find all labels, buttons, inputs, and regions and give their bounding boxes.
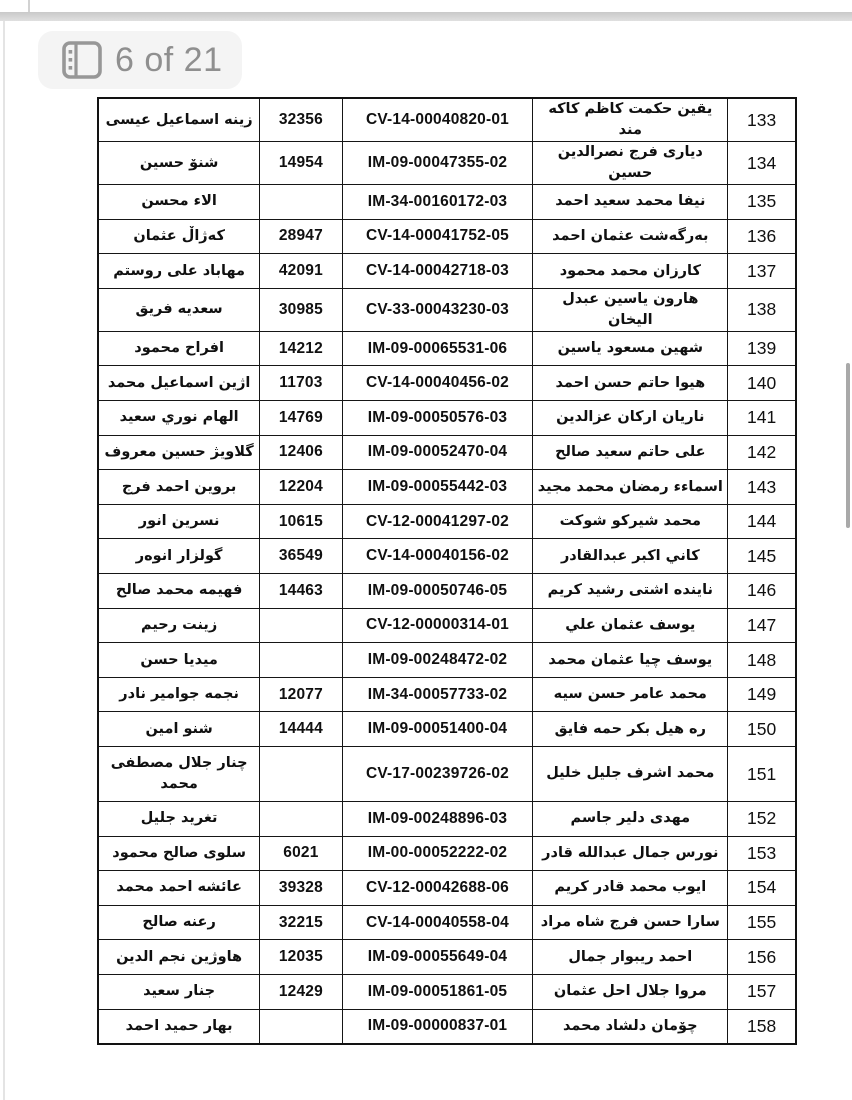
cell-second-name: كەژاڵ عثمان <box>98 219 260 254</box>
cell-code: CV-17-00239726-02 <box>342 747 533 802</box>
cell-row-number: 141 <box>728 401 796 436</box>
cell-row-number: 147 <box>728 608 796 643</box>
cell-code: CV-12-00041297-02 <box>342 504 533 539</box>
cell-second-name: هاوژين نجم الدين <box>98 940 260 975</box>
cell-second-name: زينت رحيم <box>98 608 260 643</box>
cell-second-name: جنار سعيد <box>98 974 260 1009</box>
cell-row-number: 135 <box>728 185 796 220</box>
cell-code: IM-09-00248896-03 <box>342 802 533 837</box>
table-row: 156احمد ريبوار جمالIM-09-00055649-041203… <box>98 940 796 975</box>
cell-code: IM-09-00000837-01 <box>342 1009 533 1044</box>
cell-number <box>260 643 342 678</box>
cell-row-number: 143 <box>728 470 796 505</box>
cell-code: CV-14-00041752-05 <box>342 219 533 254</box>
cell-name: كاني اكبر عبدالقادر <box>533 539 728 574</box>
table-row: 152مهدى دلير جاسمIM-09-00248896-03تغريد … <box>98 802 796 837</box>
table-row: 135نيفا محمد سعيد احمدIM-34-00160172-03ا… <box>98 185 796 220</box>
table-row: 145كاني اكبر عبدالقادرCV-14-00040156-023… <box>98 539 796 574</box>
cell-row-number: 138 <box>728 288 796 331</box>
cell-number: 12429 <box>260 974 342 1009</box>
cell-second-name: الاء محسن <box>98 185 260 220</box>
cell-number: 10615 <box>260 504 342 539</box>
cell-code: IM-34-00160172-03 <box>342 185 533 220</box>
cell-second-name: زينه اسماعيل عيسى <box>98 98 260 142</box>
cell-name: محمد اشرف جليل خليل <box>533 747 728 802</box>
cell-name: شهين مسعود ياسين <box>533 331 728 366</box>
cell-row-number: 155 <box>728 905 796 940</box>
cell-second-name: فهيمه محمد صالح <box>98 574 260 609</box>
cell-code: IM-09-00055649-04 <box>342 940 533 975</box>
cell-second-name: سلوى صالح محمود <box>98 836 260 871</box>
cell-name: يوسف چيا عثمان محمد <box>533 643 728 678</box>
cell-row-number: 156 <box>728 940 796 975</box>
cell-second-name: الهام نوري سعيد <box>98 401 260 436</box>
cell-number: 12406 <box>260 435 342 470</box>
cell-second-name: اژين اسماعيل محمد <box>98 366 260 401</box>
page-left-edge <box>3 21 5 1100</box>
cell-second-name: گلاويژ حسين معروف <box>98 435 260 470</box>
cell-code: IM-09-00051861-05 <box>342 974 533 1009</box>
cell-row-number: 157 <box>728 974 796 1009</box>
table-row: 140هيوا حاتم حسن احمدCV-14-00040456-0211… <box>98 366 796 401</box>
cell-row-number: 146 <box>728 574 796 609</box>
cell-number: 12204 <box>260 470 342 505</box>
cell-code: IM-09-00050746-05 <box>342 574 533 609</box>
cell-name: يوسف عثمان علي <box>533 608 728 643</box>
table-row: 146ناينده اشتى رشيد كريمIM-09-00050746-0… <box>98 574 796 609</box>
table-row: 153نورس جمال عبدالله قادرIM-00-00052222-… <box>98 836 796 871</box>
cell-second-name: بروين احمد فرج <box>98 470 260 505</box>
cell-name: بەرگەشت عثمان احمد <box>533 219 728 254</box>
cell-name: هيوا حاتم حسن احمد <box>533 366 728 401</box>
table-row: 134ديارى فرج نصرالدين حسينIM-09-00047355… <box>98 142 796 185</box>
cell-number: 12077 <box>260 677 342 712</box>
cell-second-name: شنۆ حسين <box>98 142 260 185</box>
cell-number: 14463 <box>260 574 342 609</box>
cell-row-number: 137 <box>728 254 796 289</box>
table-row: 154ايوب محمد قادر كريمCV-12-00042688-063… <box>98 871 796 906</box>
cell-name: مروا جلال احل عثمان <box>533 974 728 1009</box>
cell-name: ايوب محمد قادر كريم <box>533 871 728 906</box>
cell-name: احمد ريبوار جمال <box>533 940 728 975</box>
cell-second-name: نسرين انور <box>98 504 260 539</box>
cell-code: IM-09-00047355-02 <box>342 142 533 185</box>
table-row: 144محمد شيركو شوكتCV-12-00041297-0210615… <box>98 504 796 539</box>
page-gap-divider <box>0 12 852 21</box>
cell-row-number: 152 <box>728 802 796 837</box>
cell-name: ناينده اشتى رشيد كريم <box>533 574 728 609</box>
table-row: 148يوسف چيا عثمان محمدIM-09-00248472-02م… <box>98 643 796 678</box>
cell-number <box>260 608 342 643</box>
cell-row-number: 140 <box>728 366 796 401</box>
cell-second-name: نجمه جوامير نادر <box>98 677 260 712</box>
cell-name: هارون ياسين عبدل اليخان <box>533 288 728 331</box>
cell-code: CV-14-00040456-02 <box>342 366 533 401</box>
cell-code: IM-09-00248472-02 <box>342 643 533 678</box>
cell-row-number: 153 <box>728 836 796 871</box>
table-row: 143اسماءء رمضان محمد مجيدIM-09-00055442-… <box>98 470 796 505</box>
cell-code: CV-14-00042718-03 <box>342 254 533 289</box>
cell-name: على حاتم سعيد صالح <box>533 435 728 470</box>
cell-second-name: شنو امين <box>98 712 260 747</box>
cell-row-number: 139 <box>728 331 796 366</box>
table-row: 139شهين مسعود ياسينIM-09-00065531-061421… <box>98 331 796 366</box>
cell-code: IM-00-00052222-02 <box>342 836 533 871</box>
cell-row-number: 142 <box>728 435 796 470</box>
cell-number: 28947 <box>260 219 342 254</box>
table-row: 137كارزان محمد محمودCV-14-00042718-03420… <box>98 254 796 289</box>
cell-number: 14444 <box>260 712 342 747</box>
cell-second-name: عائشه احمد محمد <box>98 871 260 906</box>
cell-code: IM-09-00055442-03 <box>342 470 533 505</box>
cell-code: IM-09-00065531-06 <box>342 331 533 366</box>
cell-number: 6021 <box>260 836 342 871</box>
table-row: 149محمد عامر حسن سيهIM-34-00057733-02120… <box>98 677 796 712</box>
table-row: 151محمد اشرف جليل خليلCV-17-00239726-02چ… <box>98 747 796 802</box>
cell-number <box>260 1009 342 1044</box>
cell-number: 36549 <box>260 539 342 574</box>
cell-code: IM-09-00050576-03 <box>342 401 533 436</box>
cell-code: CV-14-00040156-02 <box>342 539 533 574</box>
page-indicator[interactable]: 6 of 21 <box>38 31 242 89</box>
cell-name: ناريان اركان عزالدين <box>533 401 728 436</box>
cell-second-name: تغريد جليل <box>98 802 260 837</box>
cell-row-number: 133 <box>728 98 796 142</box>
cell-second-name: سعديه فريق <box>98 288 260 331</box>
records-table: 133يقين حكمت كاظم كاكه مندCV-14-00040820… <box>97 97 797 1045</box>
cell-number: 14954 <box>260 142 342 185</box>
cell-row-number: 148 <box>728 643 796 678</box>
table-row: 150ره هيل بكر حمه فايقIM-09-00051400-041… <box>98 712 796 747</box>
cell-row-number: 158 <box>728 1009 796 1044</box>
cell-second-name: مهاباد على روستم <box>98 254 260 289</box>
cell-number: 39328 <box>260 871 342 906</box>
cell-number: 11703 <box>260 366 342 401</box>
cell-name: اسماءء رمضان محمد مجيد <box>533 470 728 505</box>
cell-row-number: 144 <box>728 504 796 539</box>
cell-name: ديارى فرج نصرالدين حسين <box>533 142 728 185</box>
table-row: 141ناريان اركان عزالدينIM-09-00050576-03… <box>98 401 796 436</box>
table-row: 157مروا جلال احل عثمانIM-09-00051861-051… <box>98 974 796 1009</box>
thumbnails-panel-icon <box>62 41 102 79</box>
table-row: 142على حاتم سعيد صالحIM-09-00052470-0412… <box>98 435 796 470</box>
cell-number: 12035 <box>260 940 342 975</box>
cell-number <box>260 747 342 802</box>
cell-code: CV-33-00043230-03 <box>342 288 533 331</box>
table-row: 138هارون ياسين عبدل اليخانCV-33-00043230… <box>98 288 796 331</box>
cell-row-number: 149 <box>728 677 796 712</box>
cell-code: CV-14-00040820-01 <box>342 98 533 142</box>
cell-name: يقين حكمت كاظم كاكه مند <box>533 98 728 142</box>
cell-name: ره هيل بكر حمه فايق <box>533 712 728 747</box>
cell-row-number: 151 <box>728 747 796 802</box>
cell-second-name: رعنه صالح <box>98 905 260 940</box>
table-row: 133يقين حكمت كاظم كاكه مندCV-14-00040820… <box>98 98 796 142</box>
cell-name: مهدى دلير جاسم <box>533 802 728 837</box>
table-row: 155سارا حسن فرج شاه مرادCV-14-00040558-0… <box>98 905 796 940</box>
cell-code: IM-09-00051400-04 <box>342 712 533 747</box>
table-row: 136بەرگەشت عثمان احمدCV-14-00041752-0528… <box>98 219 796 254</box>
cell-number <box>260 802 342 837</box>
cell-row-number: 136 <box>728 219 796 254</box>
cell-code: CV-12-00042688-06 <box>342 871 533 906</box>
cell-second-name: چنار جلال مصطفى محمد <box>98 747 260 802</box>
page-indicator-label: 6 of 21 <box>115 41 222 80</box>
cell-code: IM-34-00057733-02 <box>342 677 533 712</box>
cell-row-number: 145 <box>728 539 796 574</box>
cell-code: IM-09-00052470-04 <box>342 435 533 470</box>
cell-second-name: بهار حميد احمد <box>98 1009 260 1044</box>
cell-second-name: افراح محمود <box>98 331 260 366</box>
cell-row-number: 150 <box>728 712 796 747</box>
cell-code: CV-12-00000314-01 <box>342 608 533 643</box>
cell-number: 32356 <box>260 98 342 142</box>
table-row: 158چۆمان دلشاد محمدIM-09-00000837-01بهار… <box>98 1009 796 1044</box>
cell-number: 32215 <box>260 905 342 940</box>
cell-number: 30985 <box>260 288 342 331</box>
cell-row-number: 154 <box>728 871 796 906</box>
cell-second-name: گولزار انوەر <box>98 539 260 574</box>
cell-name: محمد عامر حسن سيه <box>533 677 728 712</box>
cell-number <box>260 185 342 220</box>
table-row: 147يوسف عثمان عليCV-12-00000314-01زينت ر… <box>98 608 796 643</box>
cell-name: نيفا محمد سعيد احمد <box>533 185 728 220</box>
cell-name: چۆمان دلشاد محمد <box>533 1009 728 1044</box>
page-top-edge-mark <box>28 0 30 12</box>
cell-name: محمد شيركو شوكت <box>533 504 728 539</box>
cell-code: CV-14-00040558-04 <box>342 905 533 940</box>
cell-number: 14212 <box>260 331 342 366</box>
cell-name: نورس جمال عبدالله قادر <box>533 836 728 871</box>
cell-name: كارزان محمد محمود <box>533 254 728 289</box>
scrollbar-thumb[interactable] <box>846 363 850 528</box>
cell-name: سارا حسن فرج شاه مراد <box>533 905 728 940</box>
cell-number: 14769 <box>260 401 342 436</box>
cell-number: 42091 <box>260 254 342 289</box>
cell-second-name: ميديا حسن <box>98 643 260 678</box>
cell-row-number: 134 <box>728 142 796 185</box>
